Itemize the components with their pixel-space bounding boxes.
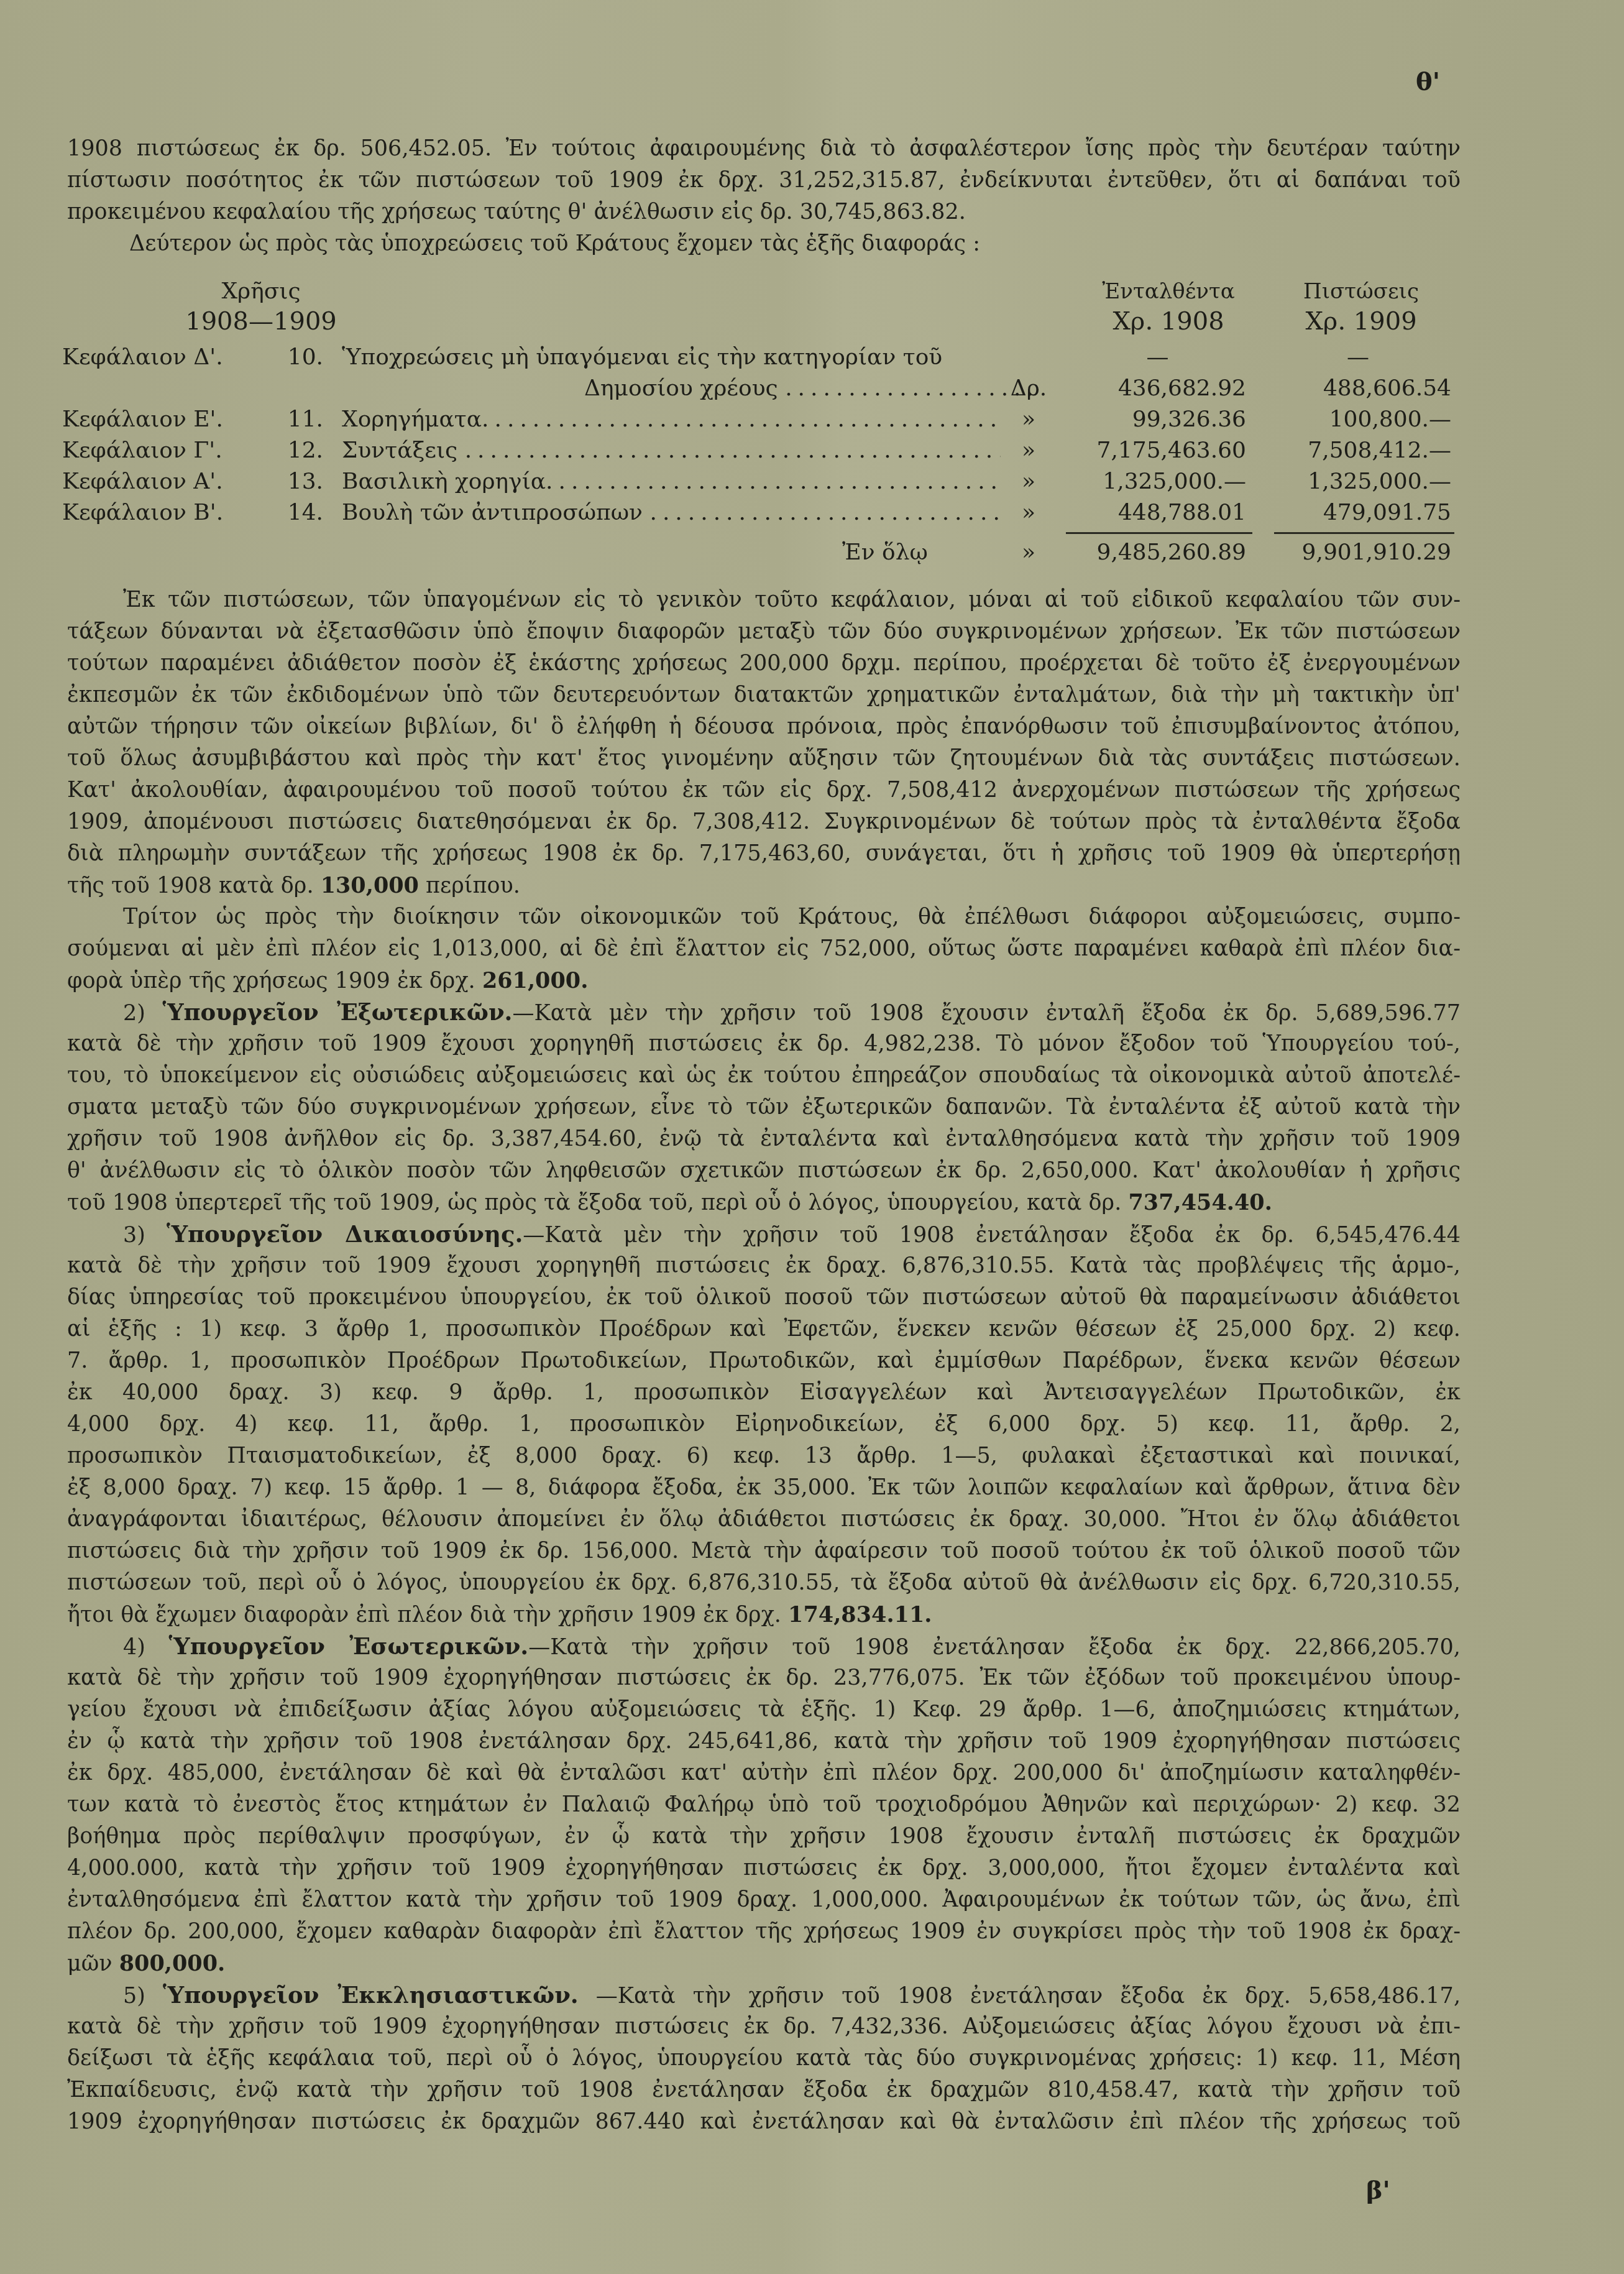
text-line: 1908 πιστώσεως ἐκ δρ. 506,452.05. Ἐν τού…	[67, 133, 1461, 165]
unit-cell: »	[1001, 404, 1057, 435]
unit-cell: »	[1001, 435, 1057, 466]
year-range: 1908—1909	[168, 306, 354, 337]
line-text: κατὰ δὲ τὴν χρῆσιν τοῦ 1909 ἐχορηγήθησαν…	[67, 2014, 1461, 2039]
text-line: τοῦ 1908 ὑπερτερεῖ τῆς τοῦ 1909, ὡς πρὸς…	[67, 1187, 1461, 1218]
text-line: Κατ' ἀκολουθίαν, ἀφαιρουμένου τοῦ ποσοῦ …	[67, 775, 1461, 806]
table-header: Χρῆσις 1908—1909 Ἐνταλθέντα Χρ. 1908 Πισ…	[62, 276, 1467, 338]
unit-cell: »	[1001, 466, 1057, 497]
line-text: περίπου.	[419, 873, 520, 898]
description-cell: Συντάξεις ..............................…	[342, 435, 1001, 466]
number-cell: 13.	[267, 466, 323, 497]
description-cell: Βασιλικὴ χορηγία........................…	[342, 466, 1001, 497]
col1-header: Ἐνταλθέντα	[1081, 276, 1255, 307]
text-line: Ἐκπαίδευσις, ἐνῷ κατὰ τὴν χρῆσιν τοῦ 190…	[67, 2074, 1461, 2106]
line-text: ἀναγράφονται ἰδιαιτέρως, θέλουσιν ἀπομεί…	[67, 1507, 1461, 1532]
line-text: —Κατὰ τὴν χρῆσιν τοῦ 1908 ἐνετάλησαν ἔξο…	[528, 1635, 1461, 1660]
text-line: Δεύτερον ὡς πρὸς τὰς ὑποχρεώσεις τοῦ Κρά…	[67, 228, 1461, 260]
line-text: πιστώσεις διὰ τὴν χρῆσιν τοῦ 1909 ἐκ δρ.…	[67, 1539, 1461, 1563]
value-1909-cell: 100,800.—	[1265, 404, 1451, 435]
value-1909-cell: 479,091.75	[1265, 497, 1451, 528]
number-cell: 11.	[267, 404, 323, 435]
text-line: τῆς τοῦ 1908 κατὰ δρ. 130,000 περίπου.	[67, 870, 1461, 901]
text-line: δείξωσι τὰ ἑξῆς κεφάλαια τοῦ, περὶ οὗ ὁ …	[67, 2043, 1461, 2074]
ministry-heading: Ὑπουργεῖον Ἐσωτερικῶν.	[169, 1632, 529, 1660]
bold-amount: 737,454.40.	[1128, 1190, 1272, 1215]
line-text: κατὰ δὲ τὴν χρῆσιν τοῦ 1909 ἔχουσι χορηγ…	[67, 1253, 1461, 1278]
dash-cell: —	[1069, 342, 1246, 373]
text-line: 7. ἄρθρ. 1, προσωπικὸν Προέδρων Πρωτοδικ…	[67, 1345, 1461, 1377]
line-text: Ἐκ τῶν πιστώσεων, τῶν ὑπαγομένων εἰς τὸ …	[123, 587, 1461, 612]
line-text: πλέον δρ. 200,000, ἔχομεν καθαρὰν διαφορ…	[67, 1919, 1461, 1944]
line-text: τοῦ 1908 ὑπερτερεῖ τῆς τοῦ 1909, ὡς πρὸς…	[67, 1190, 1128, 1215]
text-line: μῶν 800,000.	[67, 1948, 1461, 1979]
table-row: Κεφάλαιον Α'. 13. Βασιλικὴ χορηγία......…	[62, 466, 1467, 497]
line-text: διὰ πληρωμὴν συντάξεων τῆς χρήσεως 1908 …	[67, 841, 1461, 866]
top-page-number: θ'	[1416, 67, 1440, 96]
line-text: τῆς τοῦ 1908 κατὰ δρ.	[67, 873, 321, 898]
total-1909: 9,901,910.29	[1265, 537, 1451, 568]
total-1908: 9,485,260.89	[1069, 537, 1246, 568]
table-row: Δημοσίου χρέους ........................…	[62, 373, 1467, 404]
line-text: ἐκ δρχ. 485,000, ἐνετάλησαν δὲ καὶ θὰ ἐν…	[67, 1761, 1461, 1785]
value-1909-cell: 1,325,000.—	[1265, 466, 1451, 497]
year-label: Χρῆσις	[168, 276, 354, 307]
line-text: χρῆσιν τοῦ 1908 ἀνῆλθον εἰς δρ. 3,387,45…	[67, 1126, 1461, 1151]
dot-leader: ........................................…	[649, 500, 1001, 525]
line-text: 5)	[123, 1984, 163, 2009]
text-line: Τρίτον ὡς πρὸς τὴν διοίκησιν τῶν οἰκονομ…	[67, 901, 1461, 933]
section-heading-line: 3) Ὑπουργεῖον Δικαιοσύνης.—Κατὰ μὲν τὴν …	[67, 1218, 1461, 1250]
col2-subheader: Χρ. 1909	[1274, 306, 1448, 337]
unit-cell: »	[1001, 497, 1057, 528]
value-1908-cell: 436,682.92	[1069, 373, 1246, 404]
line-text: αἱ ἑξῆς : 1) κεφ. 3 ἄρθρ 1, προσωπικὸν Π…	[67, 1317, 1461, 1342]
section-heading-line: 5) Ὑπουργεῖον Ἐκκλησιαστικῶν. —Κατὰ τὴν …	[67, 1979, 1461, 2011]
text-line: Ἐκ τῶν πιστώσεων, τῶν ὑπαγομένων εἰς τὸ …	[67, 584, 1461, 616]
line-text: αὐτῶν τήρησιν τῶν οἰκείων βιβλίων, δι' ὃ…	[67, 714, 1461, 739]
value-1908-cell: 7,175,463.60	[1069, 435, 1246, 466]
chapter-cell: Κεφάλαιον Γ'.	[62, 435, 267, 466]
value-1909-cell: 488,606.54	[1265, 373, 1451, 404]
line-text: ἤτοι θὰ ἔχωμεν διαφορὰν ἐπὶ πλέον διὰ τὴ…	[67, 1603, 788, 1627]
text-line: σματα μεταξὺ τῶν δύο συγκρινομένων χρήσε…	[67, 1092, 1461, 1123]
line-text: Κατ' ἀκολουθίαν, ἀφαιρουμένου τοῦ ποσοῦ …	[67, 778, 1461, 803]
table-row: Κεφάλαιον Β'. 14. Βουλὴ τῶν ἀντιπροσώπων…	[62, 497, 1467, 528]
description-text: Συντάξεις	[342, 438, 457, 463]
ministry-heading: Ὑπουργεῖον Ἐκκλησιαστικῶν.	[163, 1981, 579, 2009]
line-text: δίας ὑπηρεσίας τοῦ προκειμένου ὑπουργείο…	[67, 1285, 1461, 1310]
text-line: προσωπικὸν Πταισματοδικείων, ἐξ 8,000 δρ…	[67, 1440, 1461, 1472]
line-text: 7. ἄρθρ. 1, προσωπικὸν Προέδρων Πρωτοδικ…	[67, 1348, 1461, 1373]
text-line: ἐκ δρχ. 485,000, ἐνετάλησαν δὲ καὶ θὰ ἐν…	[67, 1757, 1461, 1789]
line-text: ἐν ᾧ κατὰ τὴν χρῆσιν τοῦ 1908 ἐνετάλησαν…	[67, 1729, 1461, 1754]
table-row: Κεφάλαιον Ε'. 11. Χορηγήματα............…	[62, 404, 1467, 435]
text-line: κατὰ δὲ τὴν χρῆσιν τοῦ 1909 ἐχορηγήθησαν…	[67, 2011, 1461, 2043]
text-line: αἱ ἑξῆς : 1) κεφ. 3 ἄρθρ 1, προσωπικὸν Π…	[67, 1314, 1461, 1345]
total-rule-1908	[1066, 532, 1252, 534]
line-text: τούτων παραμένει ἀδιάθετον ποσὸν ἐξ ἑκάσ…	[67, 651, 1461, 676]
unit-cell: »	[1001, 537, 1057, 568]
number-cell: 12.	[267, 435, 323, 466]
dot-leader: ........................................…	[785, 375, 1032, 401]
number-cell: 10.	[267, 342, 323, 373]
text-line: κατὰ δὲ τὴν χρῆσιν τοῦ 1909 ἐχορηγήθησαν…	[67, 1662, 1461, 1694]
total-rule-row	[62, 528, 1467, 537]
line-text: πιστώσεων τοῦ, περὶ οὗ ὁ λόγος, ὑπουργεί…	[67, 1570, 1461, 1595]
bold-amount: 261,000.	[482, 968, 589, 993]
text-line: πιστώσεων τοῦ, περὶ οὗ ὁ λόγος, ὑπουργεί…	[67, 1567, 1461, 1599]
description-cell: Χορηγήματα..............................…	[342, 404, 1001, 435]
line-text: σματα μεταξὺ τῶν δύο συγκρινομένων χρήσε…	[67, 1095, 1461, 1120]
text-line: τούτων παραμένει ἀδιάθετον ποσὸν ἐξ ἑκάσ…	[67, 648, 1461, 679]
text-line: 4,000 δρχ. 4) κεφ. 11, ἄρθρ. 1, προσωπικ…	[67, 1409, 1461, 1440]
description-cell: Ὑποχρεώσεις μὴ ὑπαγόμεναι εἰς τὴν κατηγο…	[342, 342, 1032, 373]
line-text: 1909 ἐχορηγήθησαν πιστώσεις ἐκ δραχμῶν 8…	[67, 2109, 1461, 2134]
line-text: 4)	[123, 1635, 169, 1660]
bold-amount: 800,000.	[119, 1951, 226, 1976]
text-line: ἐν ᾧ κατὰ τὴν χρῆσιν τοῦ 1908 ἐνετάλησαν…	[67, 1726, 1461, 1757]
line-text: —Κατὰ τὴν χρῆσιν τοῦ 1908 ἐνετάλησαν ἔξο…	[579, 1984, 1461, 2009]
line-text: κατὰ δὲ τὴν χρῆσιν τοῦ 1909 ἐχορηγήθησαν…	[67, 1665, 1461, 1690]
obligations-comparison-table: Χρῆσις 1908—1909 Ἐνταλθέντα Χρ. 1908 Πισ…	[62, 276, 1467, 568]
dot-leader: ........................................…	[482, 407, 1001, 432]
dot-leader: ........................................…	[465, 438, 1001, 463]
line-text: 4,000 δρχ. 4) κεφ. 11, ἄρθρ. 1, προσωπικ…	[67, 1412, 1461, 1437]
line-text: τάξεων δύνανται νὰ ἐξετασθῶσιν ὑπὸ ἔποψι…	[67, 619, 1461, 644]
number-cell: 14.	[267, 497, 323, 528]
line-text: 4,000.000, κατὰ τὴν χρῆσιν τοῦ 1909 ἐχορ…	[67, 1856, 1461, 1880]
text-line: τάξεων δύνανται νὰ ἐξετασθῶσιν ὑπὸ ἔποψι…	[67, 616, 1461, 648]
line-text: βοήθημα πρὸς περίθαλψιν προσφύγων, ἐν ᾧ …	[67, 1824, 1461, 1849]
text-line: αὐτῶν τήρησιν τῶν οἰκείων βιβλίων, δι' ὃ…	[67, 711, 1461, 743]
line-text: δείξωσι τὰ ἑξῆς κεφάλαια τοῦ, περὶ οὗ ὁ …	[67, 2046, 1461, 2071]
text-line: τοῦ ὅλως ἀσυμβιβάστου καὶ πρὸς τὴν κατ' …	[67, 743, 1461, 775]
line-text: τοῦ ὅλως ἀσυμβιβάστου καὶ πρὸς τὴν κατ' …	[67, 746, 1461, 771]
text-line: πιστώσεις διὰ τὴν χρῆσιν τοῦ 1909 ἐκ δρ.…	[67, 1535, 1461, 1567]
text-line: σούμεναι αἱ μὲν ἐπὶ πλέον εἰς 1,013,000,…	[67, 933, 1461, 965]
text-line: βοήθημα πρὸς περίθαλψιν προσφύγων, ἐν ᾧ …	[67, 1821, 1461, 1853]
description-text: Χορηγήματα	[342, 407, 482, 432]
text-line: ἐκ 40,000 δραχ. 3) κεφ. 9 ἄρθρ. 1, προσω…	[67, 1377, 1461, 1409]
body-text: Ἐκ τῶν πιστώσεων, τῶν ὑπαγομένων εἰς τὸ …	[67, 584, 1461, 2138]
value-1908-cell: 1,325,000.—	[1069, 466, 1246, 497]
value-1908-cell: 448,788.01	[1069, 497, 1246, 528]
intro-paragraph: 1908 πιστώσεως ἐκ δρ. 506,452.05. Ἐν τού…	[67, 133, 1461, 260]
line-text: ἐκ 40,000 δραχ. 3) κεφ. 9 ἄρθρ. 1, προσω…	[67, 1380, 1461, 1405]
line-text: 3)	[123, 1223, 167, 1248]
text-line: φορὰ ὑπὲρ τῆς χρήσεως 1909 ἐκ δρχ. 261,0…	[67, 965, 1461, 997]
section-heading-line: 2) Ὑπουργεῖον Ἐξωτερικῶν.—Κατὰ μὲν τὴν χ…	[67, 997, 1461, 1028]
line-text: των κατὰ τὸ ἐνεστὸς ἔτος κτημάτων ἐν Παλ…	[67, 1792, 1461, 1817]
ministry-heading: Ὑπουργεῖον Ἐξωτερικῶν.	[162, 998, 512, 1026]
line-text: θ' ἀνέλθωσιν εἰς τὸ ὁλικὸν ποσὸν τῶν ληφ…	[67, 1158, 1461, 1183]
description-text: Βουλὴ τῶν ἀντιπροσώπων	[342, 500, 643, 525]
chapter-cell: Κεφάλαιον Β'.	[62, 497, 267, 528]
bottom-page-number: β'	[1366, 2176, 1390, 2205]
chapter-cell: Κεφάλαιον Α'.	[62, 466, 267, 497]
line-text: μῶν	[67, 1951, 119, 1976]
table-row: Κεφάλαιον Δ'. 10. Ὑποχρεώσεις μὴ ὑπαγόμε…	[62, 342, 1467, 373]
text-line: πίστωσιν ποσότητος ἐκ τῶν πιστώσεων τοῦ …	[67, 165, 1461, 196]
chapter-cell: Κεφάλαιον Ε'.	[62, 404, 267, 435]
total-label: Ἐν ὅλῳ	[842, 537, 928, 568]
description-cell: Βουλὴ τῶν ἀντιπροσώπων .................…	[342, 497, 1001, 528]
line-text: Ἐκπαίδευσις, ἐνῷ κατὰ τὴν χρῆσιν τοῦ 190…	[67, 2078, 1461, 2102]
line-text: ἐξ 8,000 δραχ. 7) κεφ. 15 ἄρθρ. 1 — 8, δ…	[67, 1475, 1461, 1500]
text-line: των κατὰ τὸ ἐνεστὸς ἔτος κτημάτων ἐν Παλ…	[67, 1789, 1461, 1821]
text-line: ἐνταλθησόμενα ἐπὶ ἔλαττον κατὰ τὴν χρῆσι…	[67, 1884, 1461, 1916]
table-total-row: Ἐν ὅλῳ » 9,485,260.89 9,901,910.29	[62, 537, 1467, 568]
col2-header: Πιστώσεις	[1274, 276, 1448, 307]
description-cell: Δημοσίου χρέους ........................…	[342, 373, 1032, 404]
line-text: ἐνταλθησόμενα ἐπὶ ἔλαττον κατὰ τὴν χρῆσι…	[67, 1887, 1461, 1912]
line-text: του, τὸ ὑποκείμενον εἰς οὐσιώδεις αὐξομε…	[67, 1063, 1461, 1088]
text-line: θ' ἀνέλθωσιν εἰς τὸ ὁλικὸν ποσὸν τῶν ληφ…	[67, 1155, 1461, 1187]
line-text: σούμεναι αἱ μὲν ἐπὶ πλέον εἰς 1,013,000,…	[67, 936, 1461, 961]
bold-amount: 130,000	[321, 873, 419, 898]
line-text: κατὰ δὲ τὴν χρῆσιν τοῦ 1909 ἔχουσι χορηγ…	[67, 1031, 1461, 1056]
value-1908-cell: 99,326.36	[1069, 404, 1246, 435]
text-line: του, τὸ ὑποκείμενον εἰς οὐσιώδεις αὐξομε…	[67, 1060, 1461, 1092]
text-line: προκειμένου κεφαλαίου τῆς χρήσεως ταύτης…	[67, 196, 1461, 228]
text-line: χρῆσιν τοῦ 1908 ἀνῆλθον εἰς δρ. 3,387,45…	[67, 1123, 1461, 1155]
dot-leader: ........................................…	[546, 469, 1001, 494]
line-text: —Κατὰ μὲν τὴν χρῆσιν τοῦ 1908 ἐνετάλησαν…	[523, 1223, 1461, 1248]
col1-subheader: Χρ. 1908	[1081, 306, 1255, 337]
ministry-heading: Ὑπουργεῖον Δικαιοσύνης.	[167, 1220, 523, 1248]
line-text: —Κατὰ μὲν τὴν χρῆσιν τοῦ 1908 ἔχουσιν ἐν…	[513, 1001, 1461, 1026]
text-line: ἤτοι θὰ ἔχωμεν διαφορὰν ἐπὶ πλέον διὰ τὴ…	[67, 1599, 1461, 1631]
value-1909-cell: 7,508,412.—	[1265, 435, 1451, 466]
text-line: 1909, ἀπομένουσι πιστώσεις διατεθησόμενα…	[67, 806, 1461, 838]
text-line: δίας ὑπηρεσίας τοῦ προκειμένου ὑπουργείο…	[67, 1282, 1461, 1314]
bold-amount: 174,834.11.	[788, 1602, 932, 1627]
line-text: ἐκπεσμῶν ἐκ τῶν ἐκδιδομένων ὑπὸ τῶν δευτ…	[67, 683, 1461, 707]
section-heading-line: 4) Ὑπουργεῖον Ἐσωτερικῶν.—Κατὰ τὴν χρῆσι…	[67, 1631, 1461, 1662]
text-line: πλέον δρ. 200,000, ἔχομεν καθαρὰν διαφορ…	[67, 1916, 1461, 1948]
line-text: γείου ἔχουσι νὰ ἐπιδείξωσιν ἀξίας λόγου …	[67, 1697, 1461, 1722]
description-text: Δημοσίου χρέους	[584, 375, 778, 401]
line-text: Τρίτον ὡς πρὸς τὴν διοίκησιν τῶν οἰκονομ…	[123, 905, 1461, 929]
text-line: γείου ἔχουσι νὰ ἐπιδείξωσιν ἀξίας λόγου …	[67, 1694, 1461, 1726]
table-row: Κεφάλαιον Γ'. 12. Συντάξεις ............…	[62, 435, 1467, 466]
unit-cell: Δρ.	[1001, 373, 1057, 404]
line-text: προσωπικὸν Πταισματοδικείων, ἐξ 8,000 δρ…	[67, 1443, 1461, 1468]
text-line: 4,000.000, κατὰ τὴν χρῆσιν τοῦ 1909 ἐχορ…	[67, 1853, 1461, 1884]
text-line: ἐκπεσμῶν ἐκ τῶν ἐκδιδομένων ὑπὸ τῶν δευτ…	[67, 679, 1461, 711]
line-text: 2)	[123, 1001, 162, 1026]
text-line: ἀναγράφονται ἰδιαιτέρως, θέλουσιν ἀπομεί…	[67, 1504, 1461, 1535]
text-line: ἐξ 8,000 δραχ. 7) κεφ. 15 ἄρθρ. 1 — 8, δ…	[67, 1472, 1461, 1504]
text-line: κατὰ δὲ τὴν χρῆσιν τοῦ 1909 ἔχουσι χορηγ…	[67, 1028, 1461, 1060]
chapter-cell: Κεφάλαιον Δ'.	[62, 342, 267, 373]
total-rule-1909	[1274, 532, 1454, 534]
description-text: Βασιλικὴ χορηγία	[342, 469, 546, 494]
text-line: κατὰ δὲ τὴν χρῆσιν τοῦ 1909 ἔχουσι χορηγ…	[67, 1250, 1461, 1282]
line-text: 1909, ἀπομένουσι πιστώσεις διατεθησόμενα…	[67, 809, 1461, 834]
text-line: 1909 ἐχορηγήθησαν πιστώσεις ἐκ δραχμῶν 8…	[67, 2106, 1461, 2138]
text-line: διὰ πληρωμὴν συντάξεων τῆς χρήσεως 1908 …	[67, 838, 1461, 870]
line-text: φορὰ ὑπὲρ τῆς χρήσεως 1909 ἐκ δρχ.	[67, 969, 482, 993]
dash-cell: —	[1265, 342, 1451, 373]
